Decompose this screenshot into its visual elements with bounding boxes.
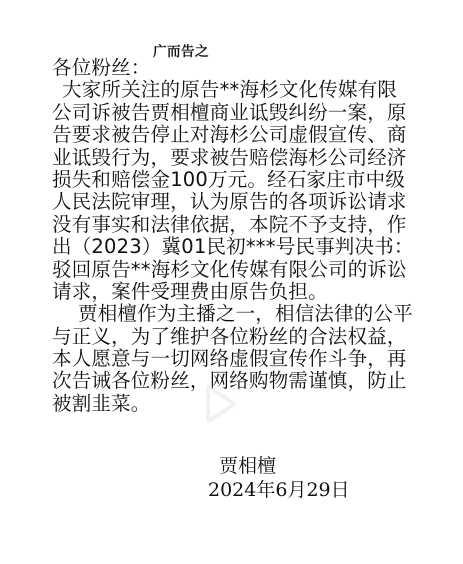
signature-name: 贾相檀 bbox=[219, 455, 276, 477]
paragraph-line: 贾相檀作为主播之一，相信法律的公平 bbox=[52, 303, 412, 325]
paragraph-line: 大家所关注的原告**海杉文化传媒有限 bbox=[52, 79, 412, 101]
play-icon[interactable] bbox=[203, 384, 237, 424]
signature-date: 2024年6月29日 bbox=[208, 479, 350, 501]
paragraph-line: 损失和赔偿金100万元。经石家庄市中级 bbox=[52, 169, 412, 191]
paragraph-line: 与正义，为了维护各位粉丝的合法权益， bbox=[52, 326, 412, 348]
paragraph-line: 出（2023）冀01民初***号民事判决书： bbox=[52, 236, 412, 258]
paragraph-line: 业诋毁行为，要求被告赔偿海杉公司经济 bbox=[52, 147, 412, 169]
document-body: 各位粉丝： 大家所关注的原告**海杉文化传媒有限 公司诉被告贾相檀商业诋毁纠纷一… bbox=[52, 57, 412, 415]
paragraph-line: 请求，案件受理费由原告负担。 bbox=[52, 281, 412, 303]
paragraph-line: 没有事实和法律依据，本院不予支持，作 bbox=[52, 214, 412, 236]
paragraph-line: 人民法院审理，认为原告的各项诉讼请求 bbox=[52, 191, 412, 213]
salutation: 各位粉丝： bbox=[52, 57, 412, 79]
paragraph-line: 驳回原告**海杉文化传媒有限公司的诉讼 bbox=[52, 259, 412, 281]
paragraph-line: 告要求被告停止对海杉公司虚假宣传、商 bbox=[52, 124, 412, 146]
paragraph-line: 本人愿意与一切网络虚假宣传作斗争，再 bbox=[52, 348, 412, 370]
paragraph-1: 大家所关注的原告**海杉文化传媒有限 公司诉被告贾相檀商业诋毁纠纷一案，原 告要… bbox=[52, 79, 412, 303]
announcement-document: 广而告之 各位粉丝： 大家所关注的原告**海杉文化传媒有限 公司诉被告贾相檀商业… bbox=[0, 0, 463, 564]
paragraph-line: 公司诉被告贾相檀商业诋毁纠纷一案，原 bbox=[52, 102, 412, 124]
